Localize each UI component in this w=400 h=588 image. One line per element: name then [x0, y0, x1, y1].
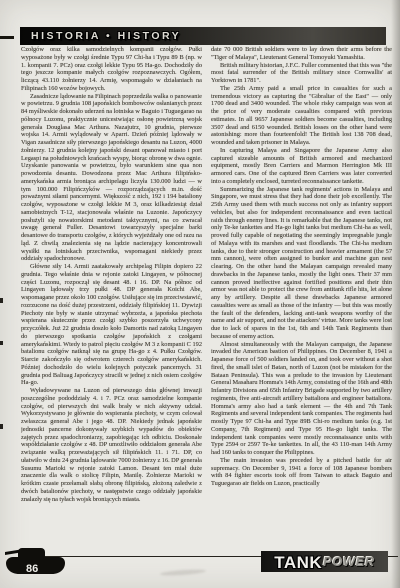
scan-speck	[0, 298, 3, 303]
logo-text-tank: TANK	[274, 554, 322, 571]
scan-speck	[0, 424, 3, 429]
section-header-bar: HISTORIA • HISTORY	[20, 27, 386, 45]
paragraph: Almost simultaneously with the Malayan c…	[211, 341, 392, 457]
paragraph: Summarizing the Japanese tank regiments'…	[211, 186, 392, 341]
header-dash	[0, 36, 14, 39]
page-number: 86	[26, 563, 38, 575]
paragraph: Zasadnicze lądowanie na Filipinach poprz…	[21, 93, 202, 264]
tankpower-logo: TANKPOWER	[261, 551, 388, 572]
page-number-badge: 86	[5, 543, 65, 579]
paragraph: The 25th Army paid a small price in casu…	[211, 85, 392, 147]
page-title: HISTORIA • HISTORY	[31, 30, 181, 42]
scan-smudge	[160, 568, 206, 576]
left-column: Czołgów oraz kilka samodzielnych kompani…	[21, 46, 202, 554]
magazine-page: HISTORIA • HISTORY Czołgów oraz kilka sa…	[0, 0, 400, 588]
paragraph: The main invasion was preceded by a pitc…	[211, 457, 392, 488]
paragraph: Czołgów oraz kilka samodzielnych kompani…	[21, 46, 202, 93]
tank-icon: 86	[5, 543, 65, 579]
scan-speck	[0, 341, 3, 345]
page-edge-shadow	[391, 0, 400, 588]
paragraph: Wyładowywane na Luzon od pierwszego dnia…	[21, 387, 202, 503]
article-body: Czołgów oraz kilka samodzielnych kompani…	[21, 46, 392, 554]
paragraph: In capturing Malaya and Singapore the Ja…	[211, 147, 392, 186]
paragraph: date 70 000 British soldiers were to lay…	[211, 46, 392, 62]
right-column: date 70 000 British soldiers were to lay…	[211, 46, 392, 554]
paragraph: Główne siły 14. Armii zaatakowały archip…	[21, 263, 202, 387]
logo-text-power: POWER	[323, 555, 375, 569]
paragraph: British military historian, J.F.C. Fulle…	[211, 62, 392, 85]
